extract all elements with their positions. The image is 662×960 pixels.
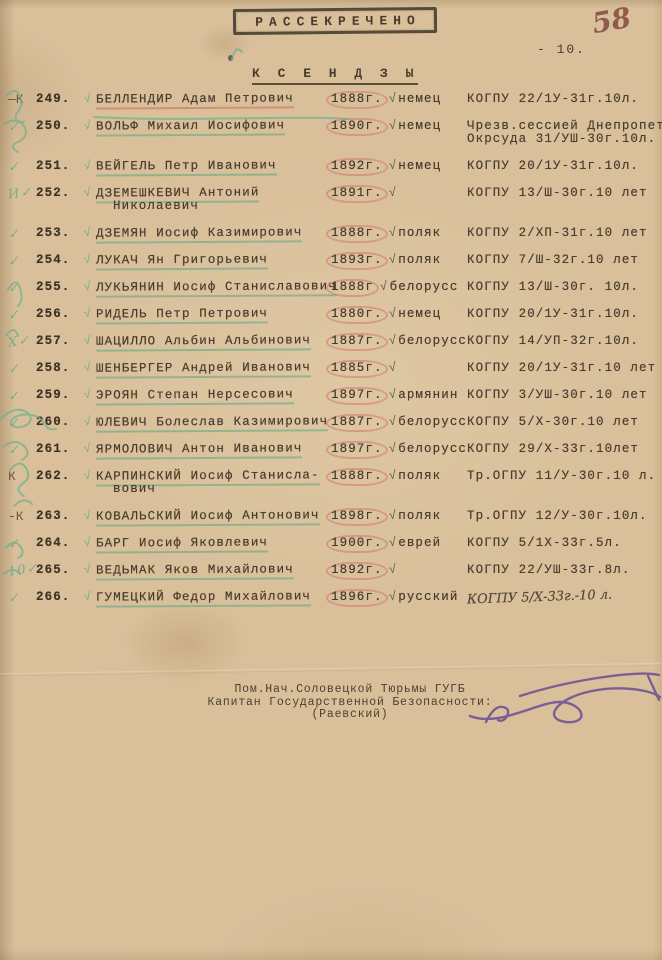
person-name: ШЕНБЕРГЕР Андрей Иванович <box>96 361 311 378</box>
year-group: 1892г.√ <box>330 564 398 580</box>
margin-checkmark-icon: —К <box>8 93 36 106</box>
birth-year-circled: 1900г. <box>326 535 388 553</box>
stamp-text: РАССЕКРЕЧЕНО <box>249 13 421 30</box>
birth-year-circled: 1897г. <box>326 387 388 405</box>
birth-year-circled: 1891г. <box>326 185 388 203</box>
nationality: поляк <box>398 470 441 483</box>
table-row: —К 249. √ БЕЛЛЕНДИР Адам Петрович 1888г.… <box>0 93 662 106</box>
signature-stroke <box>648 676 659 700</box>
year-group: 1898г.√поляк <box>330 510 441 526</box>
year-group: 1887г.√белорусс <box>330 416 467 432</box>
margin-checkmark-icon: ✓ <box>7 441 37 458</box>
row-number: 266. <box>36 591 70 604</box>
year-group: 1893г.√поляк <box>330 254 441 270</box>
birth-year-circled: 1887г. <box>326 414 388 432</box>
row-number: 264. <box>36 537 70 550</box>
birth-year-circled: 1880г. <box>326 306 388 324</box>
row-number: 256. <box>36 308 70 321</box>
margin-checkmark-icon: ✓ <box>7 414 37 431</box>
margin-checkmark-icon: Х✓ <box>7 333 37 350</box>
checkmark-icon: √ <box>380 281 389 295</box>
checkmark-icon: √ <box>83 187 93 201</box>
sentence-info: КОГПУ 2/ХП-31г.10 лет <box>467 227 648 240</box>
checkmark-icon: √ <box>83 510 93 524</box>
table-row: ✓ 260. √ ЮЛЕВИЧ Болеслав Казимирович 188… <box>0 416 662 429</box>
table-row: К 262. √ КАРПИНСКИЙ Иосиф Станисла- вови… <box>0 470 662 496</box>
checkmark-icon: √ <box>388 93 397 107</box>
person-name: РИДЕЛЬ Петр Петрович <box>96 307 268 324</box>
birth-year-circled: 1898г. <box>326 508 388 526</box>
row-number: 260. <box>36 416 70 429</box>
sentence-info: Тр.ОГПУ 11/У-30г.10 л. <box>467 470 656 483</box>
margin-checkmark-icon: ✓ <box>7 225 37 242</box>
checkmark-icon: √ <box>83 93 93 107</box>
person-name: БАРГ Иосиф Яковлевич <box>96 536 268 553</box>
person-name: БЕЛЛЕНДИР Адам Петрович <box>96 92 294 109</box>
birth-year-circled: 1888г <box>326 279 379 297</box>
nationality: немец <box>398 120 441 133</box>
nationality: еврей <box>398 537 441 550</box>
sentence-info: КОГПУ 20/1У-31г.10 лет <box>467 362 656 375</box>
table-row: ✓ 259. √ ЭРОЯН Степан Нерсесович 1897г.√… <box>0 389 662 402</box>
year-group: 1887г.√белорусс <box>330 335 467 351</box>
checkmark-icon: √ <box>388 564 397 578</box>
margin-checkmark-icon: ✓ <box>7 535 37 552</box>
row-number: 262. <box>36 470 70 483</box>
priest-list: —К 249. √ БЕЛЛЕНДИР Адам Петрович 1888г.… <box>0 93 662 618</box>
table-row: ✓ 250. √ ВОЛЬФ Михаил Иосифович 1890г.√н… <box>0 120 662 146</box>
checkmark-icon: √ <box>388 362 397 376</box>
row-number: 261. <box>36 443 70 456</box>
person-name: ГУМЕЦКИЙ Федор Михайлович <box>96 590 311 607</box>
nationality: немец <box>398 93 441 106</box>
sentence-info: КОГПУ 13/Ш-30г. 10л. <box>467 281 639 294</box>
checkmark-icon: √ <box>388 227 397 241</box>
sentence-info: КОГПУ 5/Х-30г.10 лет <box>467 416 639 429</box>
declassified-stamp: РАССЕКРЕЧЕНО <box>233 7 437 35</box>
year-group: 1896г.√русский <box>330 591 458 607</box>
nationality: белорусс <box>398 335 467 348</box>
person-name: ВЕДЬМАК Яков Михайлович <box>96 563 294 580</box>
year-group: 1888г.√поляк <box>330 470 441 486</box>
checkmark-icon: √ <box>83 443 93 457</box>
checkmark-icon: √ <box>83 564 93 578</box>
sentence-info: КОГПУ 29/Х-33г.10лет <box>467 443 639 456</box>
row-number: 255. <box>36 281 70 294</box>
birth-year-circled: 1887г. <box>326 333 388 351</box>
row-number: 253. <box>36 227 70 240</box>
year-group: 1897г.√армянин <box>330 389 458 405</box>
checkmark-icon: √ <box>83 416 93 430</box>
margin-checkmark-icon: ✓ <box>7 252 37 269</box>
margin-checkmark-icon: -К <box>8 510 36 523</box>
margin-checkmark-icon: ✓ <box>7 387 37 404</box>
year-group: 1888г√белорусс <box>330 281 458 297</box>
person-name: ЭРОЯН Степан Нерсесович <box>96 388 294 405</box>
row-number: 265. <box>36 564 70 577</box>
handwritten-corner-number: 58 <box>589 1 633 40</box>
table-row: ✓ 251. √ ВЕЙГЕЛЬ Петр Иванович 1892г.√не… <box>0 160 662 173</box>
checkmark-icon: √ <box>388 510 397 524</box>
nationality: поляк <box>398 227 441 240</box>
page-number: - 10. <box>537 42 586 57</box>
table-row: ✓ 258. √ ШЕНБЕРГЕР Андрей Иванович 1885г… <box>0 362 662 375</box>
sentence-info: КОГПУ 7/Ш-32г.10 лет <box>467 254 639 267</box>
year-group: 1888г.√поляк <box>330 227 441 243</box>
checkmark-icon: √ <box>388 591 397 605</box>
person-name: ЛУКАЧ Ян Григорьевич <box>96 253 268 270</box>
person-name-continued: вович <box>113 483 156 496</box>
birth-year-circled: 1892г. <box>326 562 388 580</box>
checkmark-icon: √ <box>388 443 397 457</box>
person-name: ЛУКЬЯНИН Иосиф Станиславович <box>96 280 337 297</box>
checkmark-icon: √ <box>388 120 397 134</box>
sentence-info: Тр.ОГПУ 12/У-30г.10л. <box>467 510 648 523</box>
row-number: 263. <box>36 510 70 523</box>
year-group: 1890г.√немец <box>330 120 441 136</box>
birth-year-circled: 1885г. <box>326 360 388 378</box>
year-group: 1891г.√ <box>330 187 398 203</box>
birth-year-circled: 1890г. <box>326 118 388 136</box>
person-name-continued: Николаевич <box>113 200 199 213</box>
table-row: ✓ 254. √ ЛУКАЧ Ян Григорьевич 1893г.√пол… <box>0 254 662 267</box>
row-number: 249. <box>36 93 70 106</box>
person-name: ШАЦИЛЛО Альбин Альбинович <box>96 334 311 351</box>
checkmark-icon: √ <box>388 160 397 174</box>
margin-checkmark-icon: ✓ <box>7 279 37 296</box>
table-row: И✓ 252. √ ДЗЕМЕШКЕВИЧ Антоний Николаевич… <box>0 187 662 213</box>
nationality: немец <box>398 160 441 173</box>
checkmark-icon: √ <box>388 308 397 322</box>
year-group: 1888г.√немец <box>330 93 441 109</box>
birth-year-circled: 1892г. <box>326 158 388 176</box>
table-row: 10✓ 265. √ ВЕДЬМАК Яков Михайлович 1892г… <box>0 564 662 577</box>
document-page: РАССЕКРЕЧЕНО 58 - 10. К С Е Н Д З Ы —К 2… <box>0 0 662 960</box>
year-group: 1885г.√ <box>330 362 398 378</box>
row-number: 257. <box>36 335 70 348</box>
birth-year-circled: 1888г. <box>326 468 388 486</box>
year-group: 1892г.√немец <box>330 160 441 176</box>
checkmark-icon: √ <box>388 416 397 430</box>
margin-checkmark-icon: 10✓ <box>7 562 37 579</box>
person-name: ЮЛЕВИЧ Болеслав Казимирович <box>96 415 328 432</box>
ink-speck <box>228 55 233 61</box>
nationality: немец <box>398 308 441 321</box>
table-row: Х✓ 257. √ ШАЦИЛЛО Альбин Альбинович 1887… <box>0 335 662 348</box>
sentence-info: КОГПУ 14/УП-32г.10л. <box>467 335 639 348</box>
signer-name: (Раевский) <box>150 709 550 722</box>
page-title: К С Е Н Д З Ы <box>252 66 418 85</box>
checkmark-icon: √ <box>388 254 397 268</box>
checkmark-icon: √ <box>83 470 93 484</box>
margin-checkmark-icon: И✓ <box>7 185 37 202</box>
sentence-info: КОГПУ 20/1У-31г.10л. <box>467 160 639 173</box>
checkmark-icon: √ <box>83 537 93 551</box>
person-name: ЯРМОЛОВИЧ Антон Иванович <box>96 442 303 459</box>
birth-year-circled: 1896г. <box>326 589 388 607</box>
row-number: 254. <box>36 254 70 267</box>
nationality: армянин <box>398 389 458 402</box>
person-name: ДЗЕМЯН Иосиф Казимирович <box>96 226 303 243</box>
birth-year-circled: 1888г. <box>326 225 388 243</box>
sentence-info: КОГПУ 20/1У-31г.10л. <box>467 308 639 321</box>
nationality: белорусс <box>398 416 467 429</box>
checkmark-icon: √ <box>83 335 93 349</box>
person-name: ВЕЙГЕЛЬ Петр Иванович <box>96 159 277 176</box>
signer-title-line1: Пом.Нач.Соловецкой Тюрьмы ГУГБ <box>150 684 550 697</box>
sentence-info: КОГПУ 22/УШ-33г.8л. <box>467 564 630 577</box>
checkmark-icon: √ <box>388 335 397 349</box>
row-number: 259. <box>36 389 70 402</box>
checkmark-icon: √ <box>83 160 93 174</box>
checkmark-icon: √ <box>83 389 93 403</box>
person-name: КОВАЛЬСКИЙ Иосиф Антонович <box>96 509 320 526</box>
nationality: поляк <box>398 510 441 523</box>
checkmark-icon: √ <box>83 120 93 134</box>
table-row: ✓ 266. √ ГУМЕЦКИЙ Федор Михайлович 1896г… <box>0 591 662 604</box>
checkmark-icon: √ <box>83 308 93 322</box>
row-number: 258. <box>36 362 70 375</box>
margin-checkmark-icon: ✓ <box>7 306 37 323</box>
nationality: белорусс <box>398 443 467 456</box>
table-row: ✓ 264. √ БАРГ Иосиф Яковлевич 1900г.√евр… <box>0 537 662 550</box>
margin-checkmark-icon: ✓ <box>7 118 37 135</box>
checkmark-icon: √ <box>83 227 93 241</box>
checkmark-icon: √ <box>388 537 397 551</box>
green-checkmark <box>232 49 242 60</box>
nationality: белорусс <box>390 281 459 294</box>
person-name: ВОЛЬФ Михаил Иосифович <box>96 119 285 136</box>
row-number: 251. <box>36 160 70 173</box>
sentence-info: КОГПУ 3/УШ-30г.10 лет <box>467 389 648 402</box>
birth-year-circled: 1888г. <box>326 91 388 109</box>
checkmark-icon: √ <box>388 187 397 201</box>
margin-checkmark-icon: ✓ <box>7 360 37 377</box>
checkmark-icon: √ <box>388 470 397 484</box>
margin-checkmark-icon: К <box>8 470 36 483</box>
paper-crease <box>0 663 662 676</box>
checkmark-icon: √ <box>83 362 93 376</box>
sentence-info: КОГПУ 22/1У-31г.10л. <box>467 93 639 106</box>
year-group: 1880г.√немец <box>330 308 441 324</box>
sentence-info-continued: Окрсуда 31/УШ-30г.10л. <box>467 133 656 146</box>
nationality: русский <box>398 591 458 604</box>
sentence-info: КОГПУ 5/Х-33г.-10 л. <box>467 588 613 606</box>
birth-year-circled: 1893г. <box>326 252 388 270</box>
checkmark-icon: √ <box>83 281 93 295</box>
table-row: ✓ 256. √ РИДЕЛЬ Петр Петрович 1880г.√нем… <box>0 308 662 321</box>
table-row: ✓ 255. √ ЛУКЬЯНИН Иосиф Станиславович 18… <box>0 281 662 294</box>
table-row: -К 263. √ КОВАЛЬСКИЙ Иосиф Антонович 189… <box>0 510 662 523</box>
sentence-info: КОГПУ 5/1Х-33г.5л. <box>467 537 622 550</box>
checkmark-icon: √ <box>388 389 397 403</box>
checkmark-icon: √ <box>83 254 93 268</box>
margin-checkmark-icon: ✓ <box>7 589 37 606</box>
row-number: 250. <box>36 120 70 133</box>
table-row: ✓ 253. √ ДЗЕМЯН Иосиф Казимирович 1888г.… <box>0 227 662 240</box>
birth-year-circled: 1897г. <box>326 441 388 459</box>
table-row: ✓ 261. √ ЯРМОЛОВИЧ Антон Иванович 1897г.… <box>0 443 662 456</box>
margin-checkmark-icon: ✓ <box>7 158 37 175</box>
checkmark-icon: √ <box>83 591 93 605</box>
signature-block: Пом.Нач.Соловецкой Тюрьмы ГУГБ Капитан Г… <box>150 684 550 722</box>
year-group: 1897г.√белорусс <box>330 443 467 459</box>
year-group: 1900г.√еврей <box>330 537 441 553</box>
nationality: поляк <box>398 254 441 267</box>
sentence-info: КОГПУ 13/Ш-30г.10 лет <box>467 187 648 200</box>
row-number: 252. <box>36 187 70 200</box>
